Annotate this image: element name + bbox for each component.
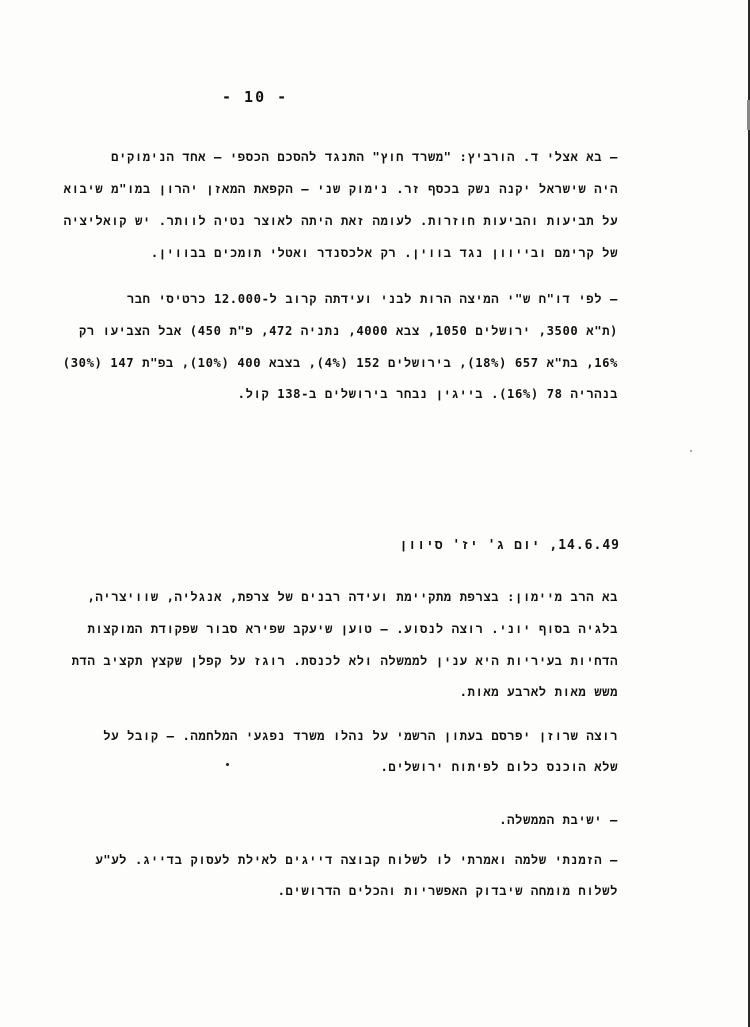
text-line: – לפי דו"ח ש"י המיצה הרות לבני ועידתה קר… [127, 292, 618, 307]
text-line: משש מאות לארבע מאות. [460, 685, 618, 700]
text-line: על תביעות והביעות חוזרות. לעומה זאת היתה… [64, 214, 618, 229]
text-line: של קרימם ובייוון נגד בווין. רק אלכסנדר ו… [151, 246, 618, 261]
page-number: - 10 - [222, 88, 288, 106]
text-line: הדחיות בעיריות היא ענין לממשלה ולא לכנסת… [72, 654, 618, 669]
text-line: רוצה שרוזן יפרסם בעתון הרשמי על נהלו משר… [103, 729, 618, 744]
text-line: – בא אצלי ד. הורביץ: "משרד חוץ" התנגד לה… [111, 150, 618, 165]
text-line: 16%, בת"א 657 (18%), בירושלים 152 (4%), … [63, 356, 618, 371]
stray-dot [226, 763, 229, 766]
text-line: בלגיה בסוף יוני. רוצה לנסוע. – טוען שיעק… [87, 622, 618, 637]
text-line: בא הרב מיימון: בצרפת מתקיימת ועידה רבנים… [87, 590, 618, 605]
text-line: היה שישראל יקנה נשק בכסף זר. נימוק שני –… [64, 182, 618, 197]
text-line: בנהריה 78 (16%). בייגין נבחר בירושלים ב-… [238, 387, 618, 402]
text-line: (ת"א 3500, ירושלים 1050, צבא 4000, נתניה… [79, 324, 618, 339]
text-line: – הזמנתי שלמה ואמרתי לו לשלוח קבוצה דייג… [95, 853, 618, 868]
scan-speck [690, 450, 692, 452]
text-line: – ישיבת הממשלה. [499, 813, 618, 828]
text-line: שלא הוכנס כלום לפיתוח ירושלים. [380, 760, 618, 775]
text-line: לשלוח מומחה שיבדוק האפשריות והכלים הדרוש… [278, 884, 618, 899]
date-heading: 14.6.49, יום ג' יז' סיוון [400, 538, 620, 553]
